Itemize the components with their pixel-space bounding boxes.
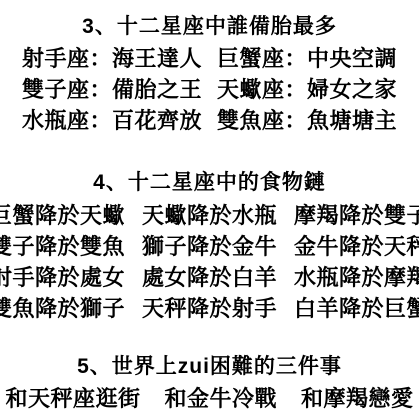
zodiac-text-page: 3、十二星座中誰備胎最多 射手座：海王達人 巨蟹座：中央空調 雙子座：備胎之王 … [0,0,419,418]
section-food-chain: 4、十二星座中的食物鏈 巨蟹降於天蠍 天蠍降於水瓶 摩羯降於雙子 雙子降於雙魚 … [0,169,419,324]
phrase: 射手座：海王達人 [22,43,202,74]
phrase: 雙魚降於獅子 [0,293,125,324]
section-title: 4、十二星座中的食物鏈 [0,169,419,196]
text-line: 水瓶座：百花齊放 雙魚座：魚塘塘主 [0,105,419,136]
phrase: 金牛降於天秤 [294,231,419,262]
phrase: 和摩羯戀愛 [301,383,414,414]
text-line: 雙魚降於獅子 天秤降於射手 白羊降於巨蟹 [0,293,419,324]
phrase: 雙子降於雙魚 [0,231,125,262]
section-backup-ranking: 3、十二星座中誰備胎最多 射手座：海王達人 巨蟹座：中央空調 雙子座：備胎之王 … [0,13,419,136]
text-line: 雙子座：備胎之王 天蠍座：婦女之家 [0,74,419,105]
phrase: 雙魚座：魚塘塘主 [217,105,397,136]
phrase: 和天秤座逛街 [5,383,140,414]
text-line: 射手降於處女 處女降於白羊 水瓶降於摩羯 [0,262,419,293]
phrase: 處女降於白羊 [142,262,277,293]
phrase: 天蠍座：婦女之家 [217,74,397,105]
phrase: 巨蟹降於天蠍 [0,200,125,231]
phrase: 射手降於處女 [0,262,125,293]
text-line: 和天秤座逛街 和金牛冷戰 和摩羯戀愛 [0,383,419,414]
text-line: 射手座：海王達人 巨蟹座：中央空調 [0,43,419,74]
section-hardest-things: 5、世界上zui困難的三件事 和天秤座逛街 和金牛冷戰 和摩羯戀愛 [0,353,419,414]
text-line: 巨蟹降於天蠍 天蠍降於水瓶 摩羯降於雙子 [0,200,419,231]
section-title: 5、世界上zui困難的三件事 [0,353,419,380]
section-title: 3、十二星座中誰備胎最多 [0,13,419,40]
phrase: 獅子降於金牛 [142,231,277,262]
phrase: 水瓶座：百花齊放 [22,105,202,136]
phrase: 白羊降於巨蟹 [294,293,419,324]
phrase: 和金牛冷戰 [164,383,277,414]
phrase: 摩羯降於雙子 [294,200,419,231]
phrase: 雙子座：備胎之王 [22,74,202,105]
phrase: 水瓶降於摩羯 [294,262,419,293]
phrase: 天秤降於射手 [142,293,277,324]
phrase: 天蠍降於水瓶 [142,200,277,231]
text-line: 雙子降於雙魚 獅子降於金牛 金牛降於天秤 [0,231,419,262]
phrase: 巨蟹座：中央空調 [217,43,397,74]
